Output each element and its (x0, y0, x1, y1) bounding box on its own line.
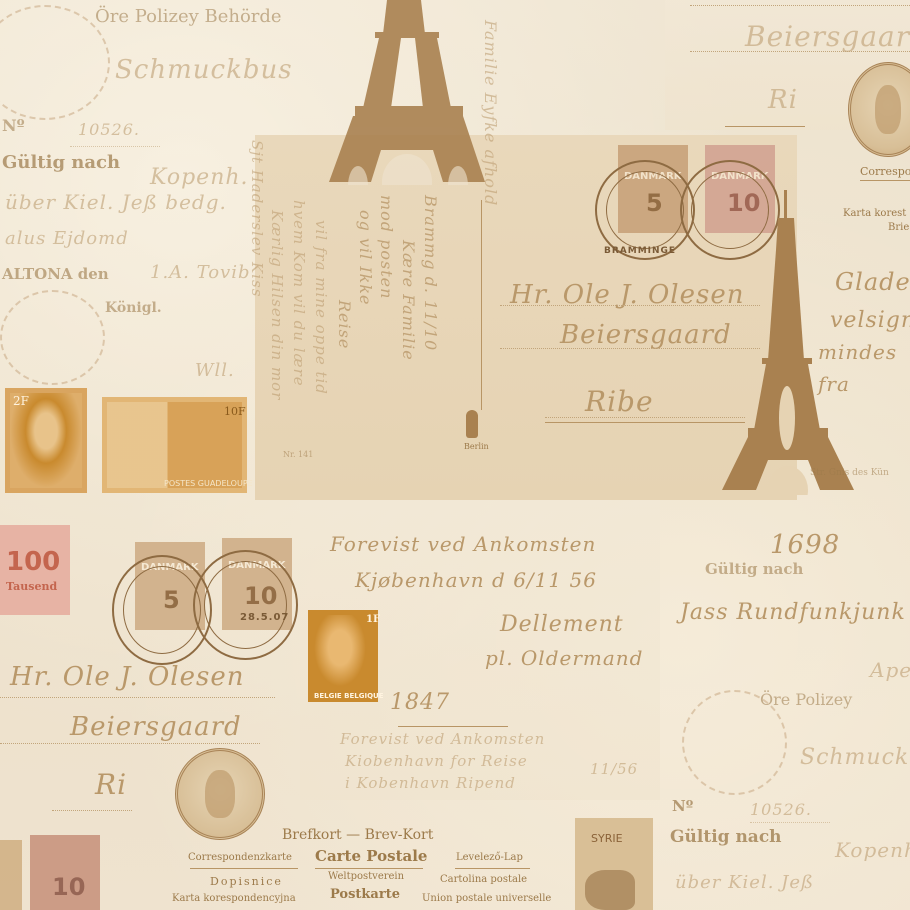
header-partial-correspo: Correspo (860, 165, 910, 178)
stamp-syrie: SYRIE (575, 818, 653, 910)
stamp-overprint (585, 870, 635, 910)
stamp-belgium-king: 2F (5, 388, 87, 493)
collage-canvas: Öre Polizey Behörde Schmuckbus Nº 10526.… (0, 0, 910, 910)
header-levelezo-lap: Levelező-Lap (456, 852, 523, 863)
header-postkarte: Postkarte (330, 887, 400, 902)
header-partial-brie: Brie (888, 222, 909, 233)
header-dopisnice: Dopisnice (210, 875, 283, 888)
divider (455, 868, 530, 869)
postmark-date: 28.5.07 (240, 612, 289, 623)
note-center-line-4: pl. Oldermand (485, 646, 643, 670)
handwriting-line: Kopenh. (150, 165, 249, 190)
handwriting-block: Kiobenhavn for Reise (345, 752, 528, 770)
stamp-belgie-belgique: 1F BELGIE BELGIQUE (308, 610, 378, 702)
divider (70, 146, 160, 147)
postmark-bramminge-4 (193, 550, 298, 660)
gultig-number-label: Nº (2, 116, 25, 135)
year-1847: 1847 (390, 690, 450, 715)
divider (750, 822, 830, 823)
stamp-partial-left (0, 840, 22, 910)
handwriting-line: Schmuck (800, 745, 909, 770)
postmark-circle-bottom-right (682, 690, 787, 795)
stamp-value: 1F (366, 614, 380, 625)
handwriting-line: Wll. (195, 360, 235, 381)
address-bottom-line-2: Beiersgaard (70, 712, 242, 742)
handwriting-vertical-letter-3: mod posten (377, 195, 396, 299)
nr-label: Nr. 141 (283, 450, 313, 459)
gultig-bottom-number: 10526. (750, 800, 812, 819)
address-top-partial-2: Ri (768, 85, 798, 115)
header-cartolina-postale: Cartolina postale (440, 874, 527, 885)
berlin-label: Berlin (464, 442, 489, 451)
stamp-caption: POSTES GUADELOUPE (164, 479, 253, 488)
divider (315, 868, 423, 869)
header-weltpostverein: Weltpostverein (328, 871, 404, 882)
handwriting-block: Forevist ved Ankomsten (340, 730, 545, 748)
medallion-bottom (175, 748, 265, 840)
address-rule (52, 810, 132, 811)
stamp-value: 10 (52, 873, 85, 901)
address-line-2: Beiersgaard (560, 320, 732, 350)
header-brefkort: Brefkort — Brev-Kort (282, 827, 433, 843)
handwriting-line: über Kiel. Jeß (675, 872, 814, 893)
handwriting-line: 1.A. Tovib (150, 262, 251, 283)
handwriting-vertical-letter-5: Reise (335, 300, 354, 349)
number-1698: 1698 (770, 530, 840, 560)
handwriting-vertical-letter-extra: Kærlig Hilsen din mor (268, 210, 286, 400)
stamp-guadeloupe: 10F POSTES GUADELOUPE (102, 397, 247, 493)
divider (190, 868, 298, 869)
handwriting-signature-top: Schmuckbus (115, 55, 293, 85)
note-center-line-2: Kjøbenhavn d 6/11 56 (355, 568, 597, 592)
stamp-value: 2F (13, 394, 29, 408)
owl-icon (466, 410, 478, 438)
divider (398, 726, 508, 727)
strasse-label: Str. Gnis des Kün (810, 468, 889, 478)
address-rule (0, 697, 275, 698)
printed-text-gultig-reverse: Gültig nach (705, 560, 803, 578)
header-carte-postale: Carte Postale (315, 847, 427, 865)
address-line-3: Ribe (585, 385, 654, 418)
note-right-line-1: Gladelig (835, 268, 910, 296)
header-karta: Karta korespondencyjna (172, 893, 296, 904)
handwriting-line: Jass Rundfunkjunk (680, 600, 906, 625)
handwriting-vertical-letter-4: og vil Ikke (356, 210, 375, 306)
note-center-line-1: Forevist ved Ankomsten (330, 532, 596, 556)
handwriting-vertical-letter-extra: vil fra mine oppe tid (312, 220, 330, 395)
address-bottom-line-1: Hr. Ole J. Olesen (10, 662, 244, 692)
address-bottom-line-3: Ri (95, 768, 127, 801)
address-rule (690, 5, 910, 6)
handwriting-line: Ape (870, 658, 910, 682)
stamp-value: 100 (6, 547, 60, 577)
eiffel-tower-top-illustration (325, 0, 490, 185)
handwriting-vertical-letter-1: Brammg d. 11/10 (421, 195, 440, 351)
stamp-100-tausend: 100 Tausend (0, 525, 70, 615)
note-right-line-4: fra (818, 372, 850, 396)
handwriting-vertical: Familie Eyfke afhold (481, 20, 500, 206)
postmark-circle-top-left (0, 5, 110, 120)
address-rule (690, 51, 910, 52)
stamp-caption: Tausend (6, 580, 57, 593)
divider-vertical (481, 200, 482, 410)
stamp-value: 10F (224, 405, 246, 418)
printed-text-ore-polizey: Öre Polizey Behörde (95, 6, 282, 27)
konig-label: Königl. (105, 300, 162, 316)
gultig-bottom-no: Nº (672, 797, 693, 815)
stamp-caption: SYRIE (591, 832, 623, 845)
altona-label: ALTONA den (2, 265, 109, 283)
handwriting-line: über Kiel. Jeß bedg. (5, 190, 227, 214)
postmark-label: BRAMMINGE (604, 246, 676, 256)
address-rule (0, 743, 260, 744)
stamp-danmark-10-corner: 10 (30, 835, 100, 910)
address-rule (725, 126, 805, 127)
handwriting-line: alus Ejdomd (5, 228, 129, 249)
handwriting-vertical-letter-extra: hvem Kom vil du lære (290, 200, 308, 387)
note-right-line-3: mindes (818, 340, 897, 364)
handwriting-date: 11/56 (590, 760, 638, 778)
handwriting-vertical-letter-2: Kære Familie (399, 240, 418, 361)
address-top-partial-1: Beiersgaard (745, 20, 910, 53)
header-partial-karta: Karta korest (843, 208, 906, 219)
postmark-circle-left (0, 290, 105, 385)
printed-text-ore-polizey: Öre Polizey (760, 690, 852, 709)
header-correspondenzkarte: Correspondenzkarte (188, 852, 292, 863)
note-center-line-3: Dellement (500, 612, 624, 637)
handwriting-vertical-letter-extra: Sjt Haderslev Kiss (248, 140, 266, 297)
handwriting-line: Kopenh (835, 838, 910, 862)
header-union-postale: Union postale universelle (422, 893, 551, 904)
handwriting-block: i Kobenhavn Ripend (345, 774, 516, 792)
gultig-bottom-label: Gültig nach (670, 827, 782, 847)
stamp-caption: BELGIE BELGIQUE (314, 692, 384, 700)
divider (860, 180, 910, 181)
gultig-nach-label: Gültig nach (2, 152, 120, 173)
gultig-number-value: 10526. (78, 120, 140, 139)
note-right-line-2: velsigne (830, 308, 910, 333)
